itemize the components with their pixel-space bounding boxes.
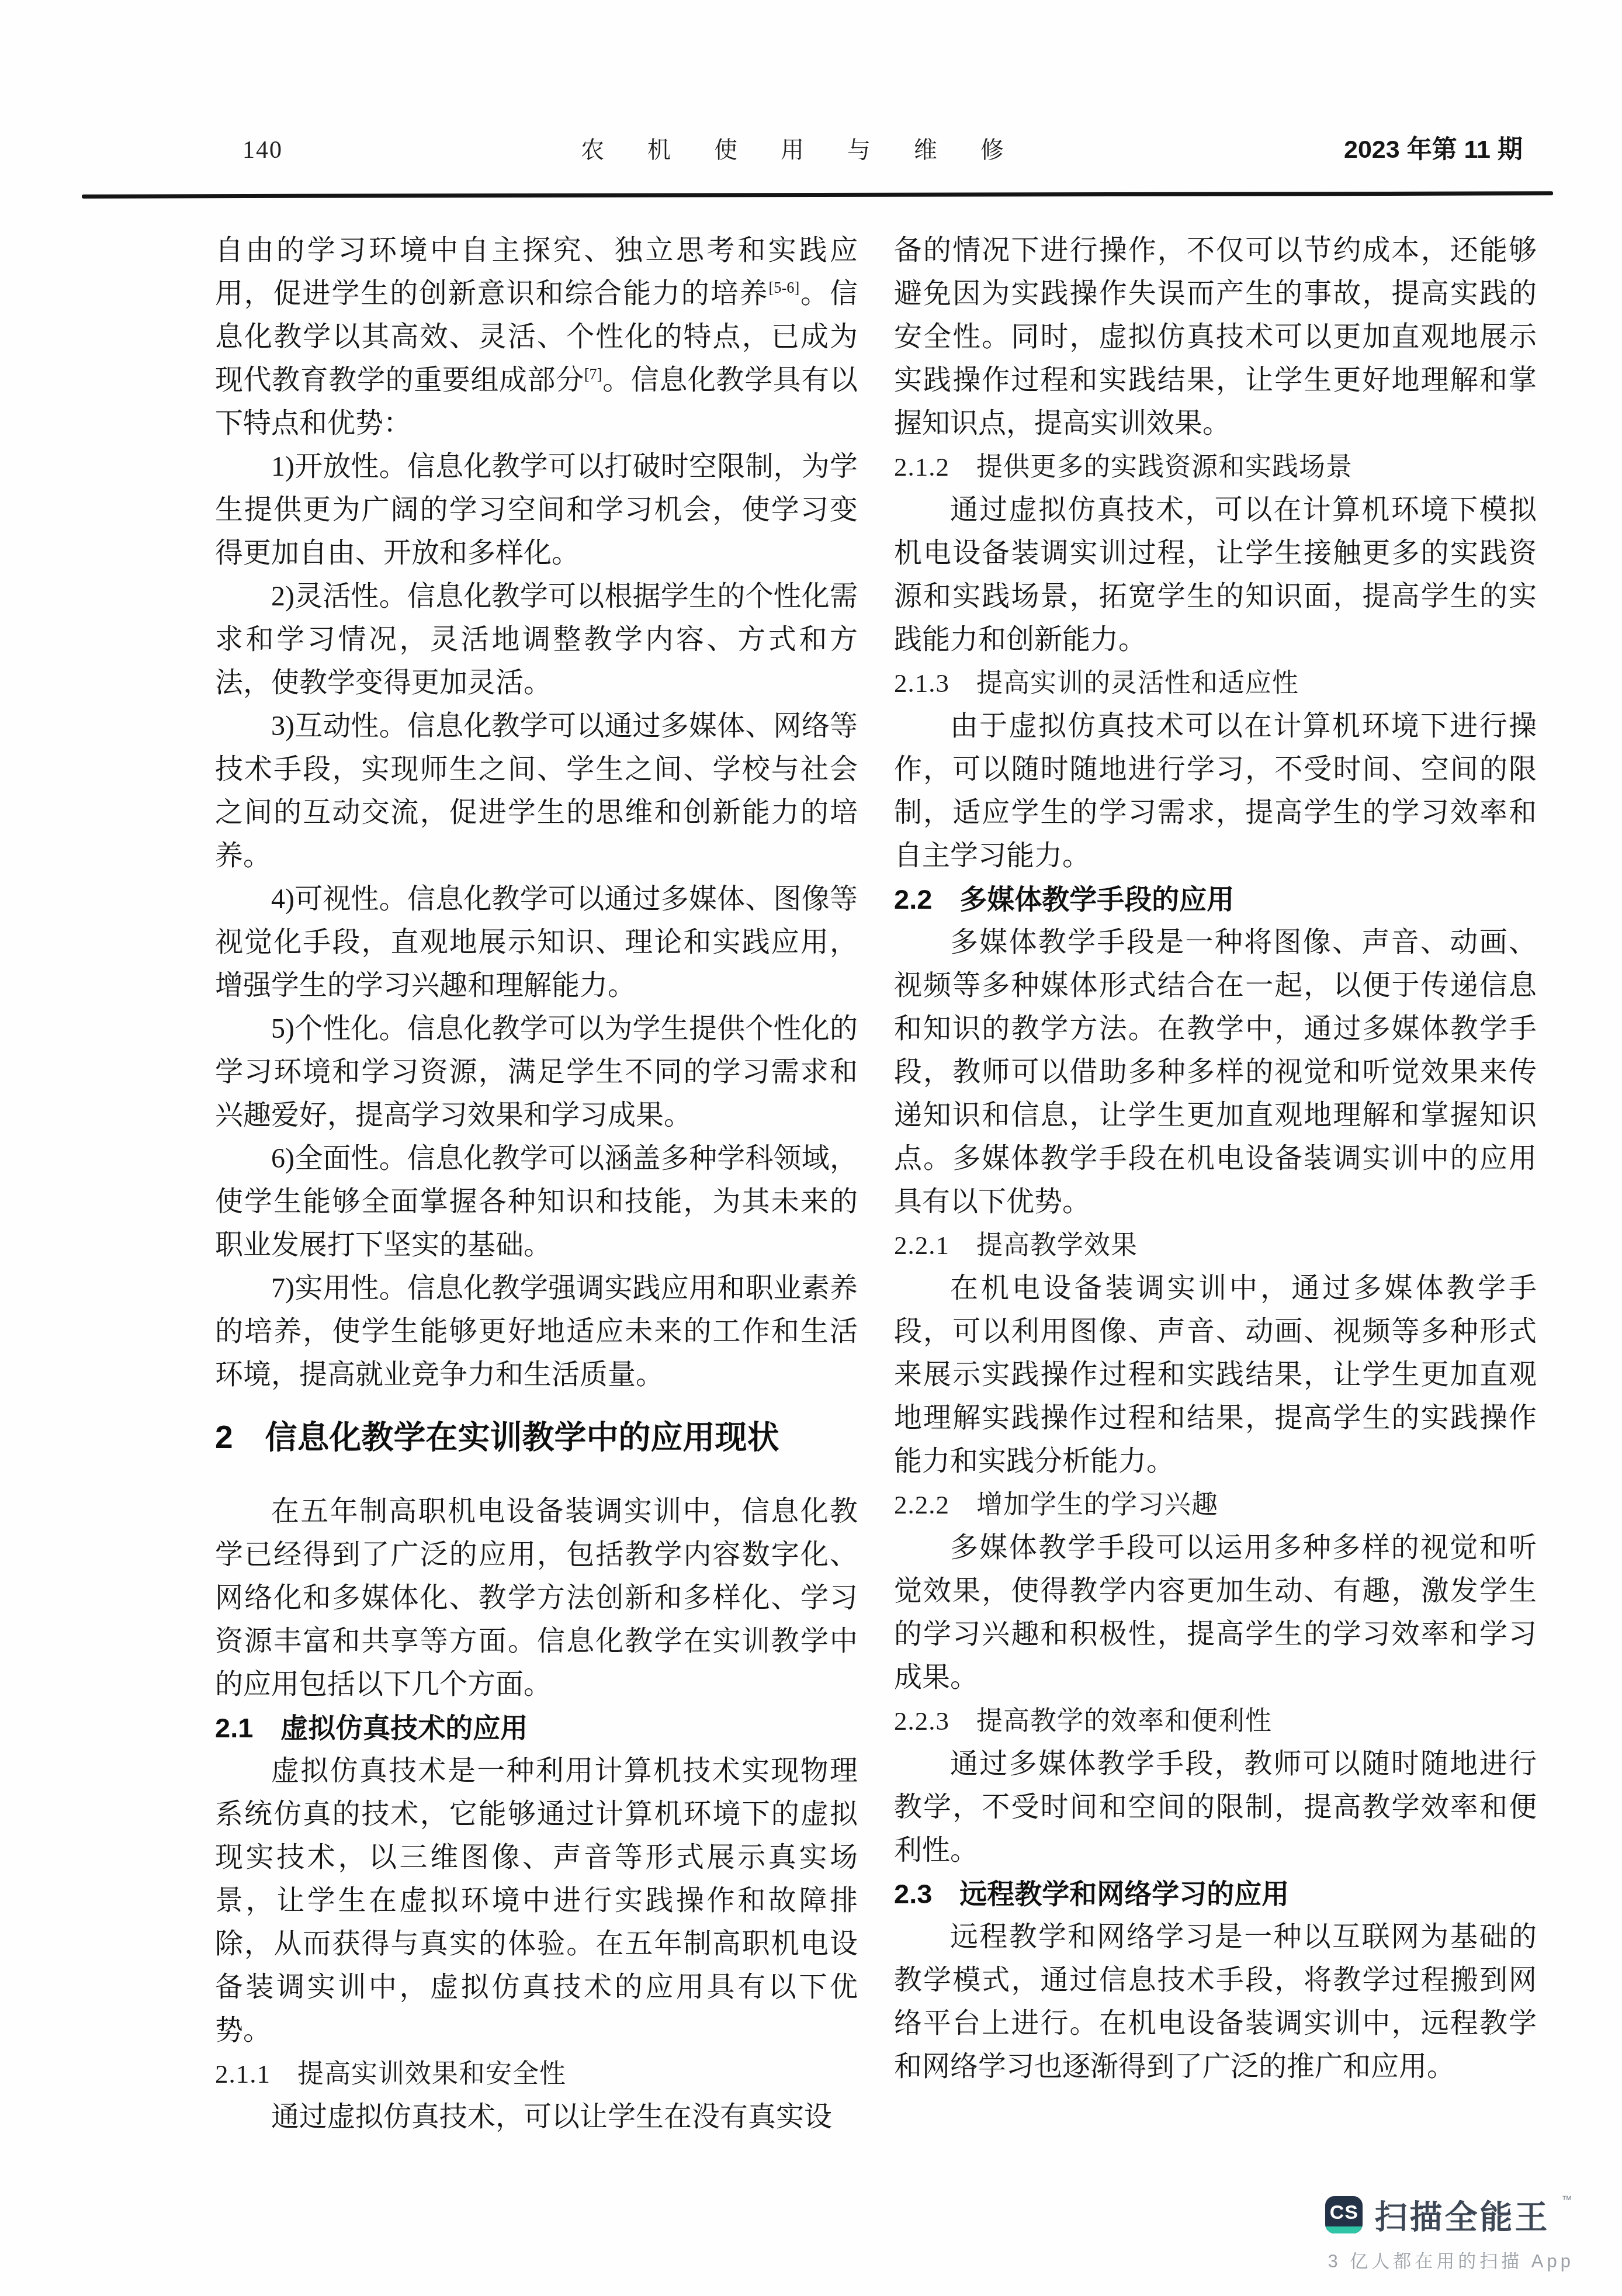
- paragraph: 由于虚拟仿真技术可以在计算机环境下进行操作，可以随时随地进行学习，不受时间、空间…: [894, 705, 1537, 878]
- paragraph: 通过虚拟仿真技术，可以让学生在没有真实设: [215, 2096, 858, 2139]
- paragraph: 3)互动性。信息化教学可以通过多媒体、网络等技术手段，实现师生之间、学生之间、学…: [215, 705, 858, 878]
- paragraph: 2.3 远程教学和网络学习的应用: [894, 1872, 1537, 1916]
- paragraph: 远程教学和网络学习是一种以互联网为基础的教学模式，通过信息技术手段，将教学过程搬…: [894, 1916, 1537, 2089]
- paragraph: 4)可视性。信息化教学可以通过多媒体、图像等视觉化手段，直观地展示知识、理论和实…: [215, 878, 858, 1007]
- paragraph: 2)灵活性。信息化教学可以根据学生的个性化需求和学习情况，灵活地调整教学内容、方…: [215, 575, 858, 705]
- trademark-symbol: ™: [1561, 2194, 1572, 2206]
- paragraph: 自由的学习环境中自主探究、独立思考和实践应用，促进学生的创新意识和综合能力的培养…: [215, 229, 858, 445]
- page-number: 140: [242, 136, 283, 164]
- watermark-row: CS 扫描全能王 ™: [1325, 2191, 1572, 2238]
- paragraph: 通过虚拟仿真技术，可以在计算机环境下模拟机电设备装调实训过程，让学生接触更多的实…: [894, 489, 1537, 662]
- article-body: 自由的学习环境中自主探究、独立思考和实践应用，促进学生的创新意识和综合能力的培养…: [215, 229, 1537, 2139]
- issue-label: 2023 年第 11 期: [1344, 130, 1523, 165]
- logo-teal-strip: [1325, 2226, 1363, 2233]
- paragraph: 6)全面性。信息化教学可以涵盖多种学科领域，使学生能够全面掌握各种知识和技能，为…: [215, 1137, 858, 1267]
- paragraph: 2.2.3 提高教学的效率和便利性: [894, 1699, 1537, 1743]
- camscanner-watermark: CS 扫描全能王 ™ 3 亿人都在用的扫描 App: [1325, 2191, 1574, 2273]
- camscanner-logo-letters: CS: [1330, 2201, 1358, 2224]
- paragraph: 多媒体教学手段是一种将图像、声音、动画、视频等多种媒体形式结合在一起，以便于传递…: [894, 921, 1537, 1224]
- paragraph: 2 信息化教学在实训教学中的应用现状: [215, 1418, 858, 1456]
- header-rule: [82, 191, 1553, 198]
- paragraph: 7)实用性。信息化教学强调实践应用和职业素养的培养，使学生能够更好地适应未来的工…: [215, 1267, 858, 1397]
- left-column: 自由的学习环境中自主探究、独立思考和实践应用，促进学生的创新意识和综合能力的培养…: [215, 229, 858, 2139]
- paragraph: 5)个性化。信息化教学可以为学生提供个性化的学习环境和学习资源，满足学生不同的学…: [215, 1007, 858, 1137]
- right-column: 备的情况下进行操作，不仅可以节约成本，还能够避免因为实践操作失误而产生的事故，提…: [894, 229, 1537, 2139]
- paragraph: 多媒体教学手段可以运用多种多样的视觉和听觉效果，使得教学内容更加生动、有趣，激发…: [894, 1526, 1537, 1699]
- paragraph: 备的情况下进行操作，不仅可以节约成本，还能够避免因为实践操作失误而产生的事故，提…: [894, 229, 1537, 445]
- paragraph: 1)开放性。信息化教学可以打破时空限制，为学生提供更为广阔的学习空间和学习机会，…: [215, 445, 858, 575]
- camscanner-logo-icon: CS: [1325, 2196, 1363, 2233]
- watermark-tagline: 3 亿人都在用的扫描 App: [1328, 2246, 1574, 2273]
- paragraph: 2.2.1 提高教学效果: [894, 1224, 1537, 1267]
- journal-title: 农机使用与维修: [538, 131, 1047, 165]
- paragraph: 2.1.2 提供更多的实践资源和实践场景: [894, 445, 1537, 489]
- paragraph: 2.2 多媒体教学手段的应用: [894, 878, 1537, 921]
- paragraph: 2.1.1 提高实训效果和安全性: [215, 2052, 858, 2096]
- page-header: 140 农机使用与维修 2023 年第 11 期: [242, 130, 1523, 165]
- paragraph: 在机电设备装调实训中，通过多媒体教学手段，可以利用图像、声音、动画、视频等多种形…: [894, 1267, 1537, 1483]
- watermark-brand-name: 扫描全能王: [1374, 2191, 1550, 2238]
- paragraph: 虚拟仿真技术是一种利用计算机技术实现物理系统仿真的技术，它能够通过计算机环境下的…: [215, 1750, 858, 2052]
- paragraph: 通过多媒体教学手段，教师可以随时随地进行教学，不受时间和空间的限制，提高教学效率…: [894, 1743, 1537, 1872]
- paragraph: 2.2.2 增加学生的学习兴趣: [894, 1483, 1537, 1526]
- paragraph: 在五年制高职机电设备装调实训中，信息化教学已经得到了广泛的应用，包括教学内容数字…: [215, 1490, 858, 1706]
- paragraph: 2.1.3 提高实训的灵活性和适应性: [894, 662, 1537, 705]
- paragraph: 2.1 虚拟仿真技术的应用: [215, 1706, 858, 1750]
- scanned-journal-page: { "header": { "page_number": "140", "jou…: [0, 0, 1622, 2296]
